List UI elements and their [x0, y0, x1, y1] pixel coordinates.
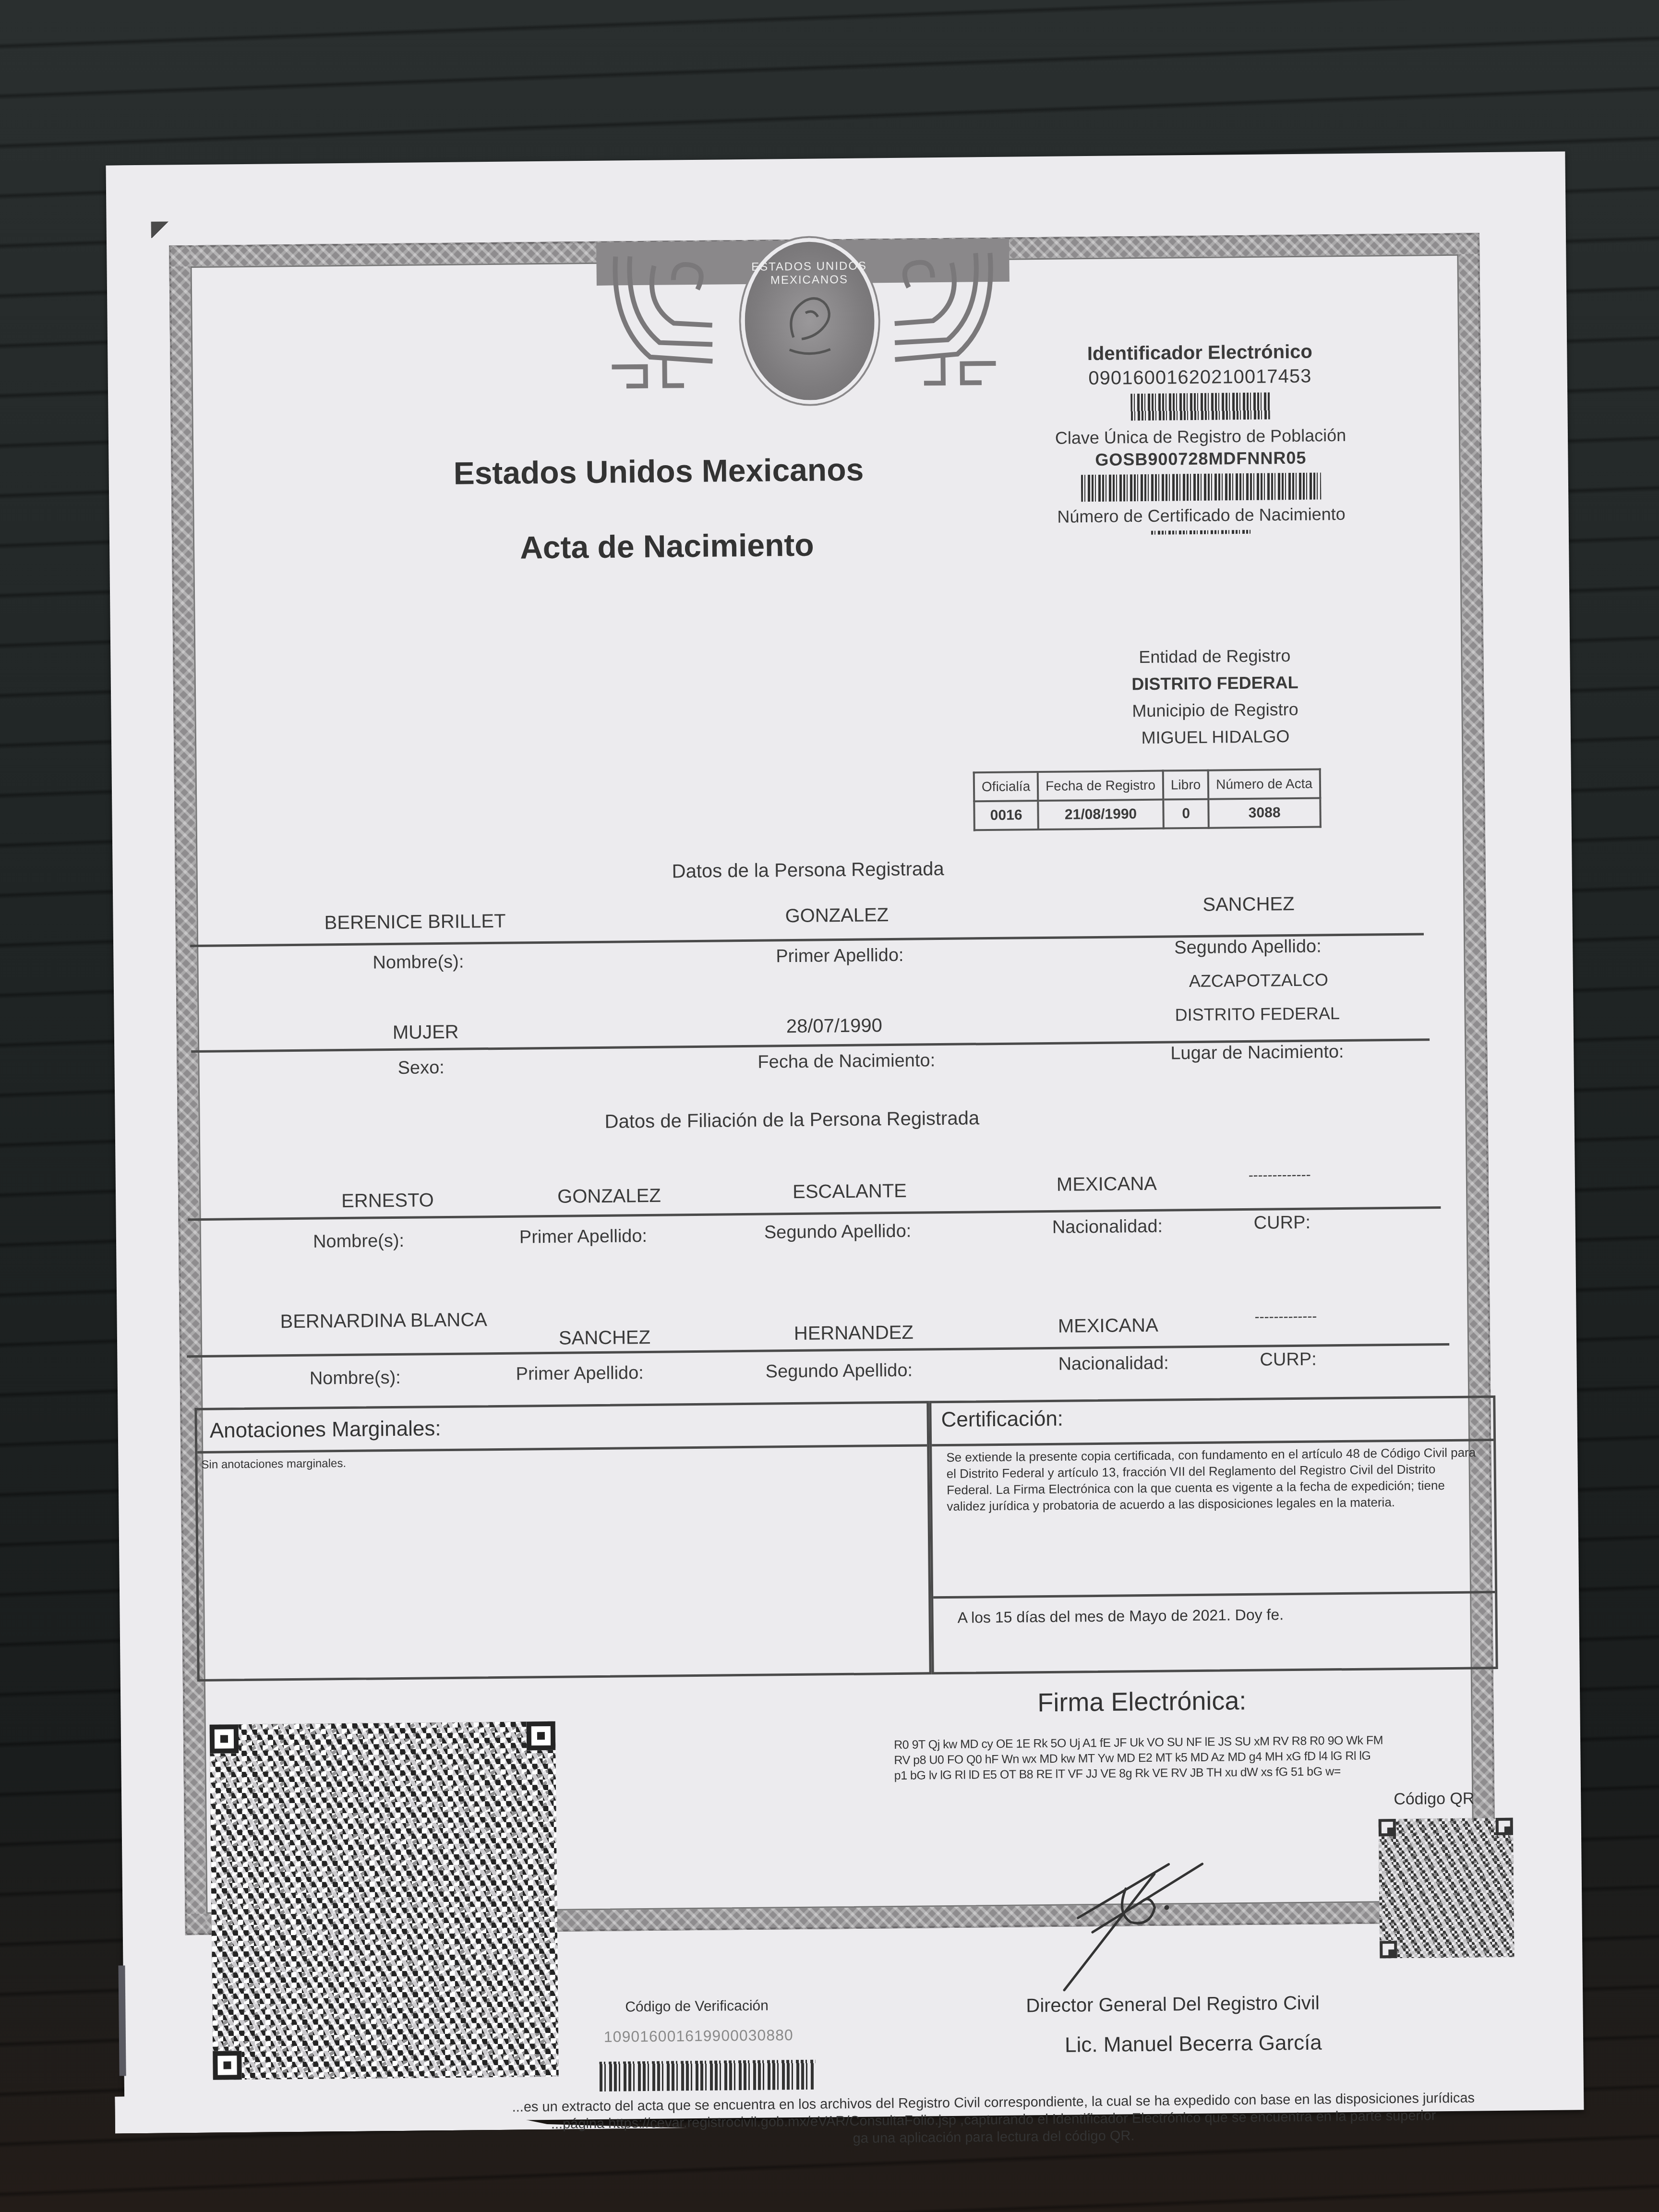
birth-place-label: Lugar de Nacimiento:: [1170, 1042, 1344, 1064]
marginal-notes-box: Anotaciones Marginales: Sin anotaciones …: [194, 1401, 931, 1682]
certification-text: Se extiende la presente copia certificad…: [932, 1441, 1495, 1599]
parent2-nationality: MEXICANA: [1058, 1315, 1158, 1337]
aztec-ornament-icon: [870, 243, 1006, 389]
person-first-surname: GONZALEZ: [785, 904, 889, 927]
qr-finder-icon: [1496, 1818, 1513, 1835]
certification-title: Certificación:: [931, 1398, 1493, 1446]
act-number-value: 3088: [1208, 798, 1320, 828]
handwritten-signature-icon: [1058, 1835, 1261, 1995]
filiation-section-title: Datos de Filiación de la Persona Registr…: [604, 1107, 979, 1132]
electronic-signature-text: R0 9T Qj kw MD cy OE 1E Rk 5O Uj A1 fE J…: [894, 1732, 1432, 1783]
person-birth-date: 28/07/1990: [786, 1015, 883, 1037]
curp-label: Clave Única de Registro de Población: [997, 425, 1405, 449]
country-title: Estados Unidos Mexicanos: [453, 451, 864, 492]
parent1-given-names: ERNESTO: [341, 1190, 434, 1212]
second-surname-label: Segundo Apellido:: [1174, 936, 1322, 958]
birth-cert-number-label: Número de Certificado de Nacimiento: [997, 504, 1405, 528]
given-names-label: Nombre(s):: [373, 952, 464, 974]
oficialia-value: 0016: [974, 801, 1038, 830]
director-name: Lic. Manuel Becerra García: [1065, 2031, 1322, 2057]
electronic-signature-title: Firma Electrónica:: [1037, 1686, 1247, 1718]
parent1-second-surname: ESCALANTE: [793, 1180, 907, 1203]
qr-finder-icon: [1380, 1941, 1397, 1958]
verification-code-value: 109016001619900030880: [604, 2026, 793, 2046]
document-title: Acta de Nacimiento: [520, 527, 814, 566]
verification-code-label: Código de Verificación: [625, 1998, 769, 2016]
curp-value: GOSB900728MDFNNR05: [997, 447, 1405, 471]
table-header: Fecha de Registro: [1038, 771, 1163, 801]
verification-barcode: [599, 2060, 816, 2092]
table-header: Oficialía: [974, 772, 1038, 801]
electronic-id-barcode: [1130, 392, 1270, 421]
parent2-second-surname: HERNANDEZ: [794, 1322, 914, 1345]
marginal-notes-title: Anotaciones Marginales:: [197, 1403, 927, 1454]
person-given-names: BERENICE BRILLET: [324, 911, 505, 934]
birth-place-line2: DISTRITO FEDERAL: [1175, 1003, 1340, 1025]
registry-table: Oficialía Fecha de Registro Libro Número…: [973, 768, 1322, 831]
birth-cert-number-barcode: [1151, 530, 1252, 535]
edge-mark: [118, 1965, 126, 2076]
registration-date-value: 21/08/1990: [1038, 800, 1163, 830]
qr-finder-icon: [527, 1721, 556, 1751]
sex-label: Sexo:: [397, 1058, 445, 1079]
electronic-id-label: Identificador Electrónico: [996, 340, 1404, 366]
qr-label: Código QR: [1394, 1789, 1475, 1809]
corner-mark-icon: [151, 221, 169, 238]
birth-date-label: Fecha de Nacimiento:: [757, 1050, 935, 1073]
birth-certificate-page: ESTADOS UNIDOS MEXICANOS Estados Unidos …: [106, 152, 1584, 2124]
identifiers-block: Identificador Electrónico 09016001620210…: [996, 340, 1406, 541]
certification-box: Certificación: Se extiende la presente c…: [929, 1395, 1498, 1674]
municipality-value: MIGUEL HIDALGO: [1043, 725, 1388, 749]
person-sex: MUJER: [393, 1022, 459, 1044]
curp-label: CURP:: [1260, 1349, 1317, 1370]
registry-block: Entidad de Registro DISTRITO FEDERAL Mun…: [1042, 638, 1388, 749]
table-header: Libro: [1163, 770, 1209, 800]
verification-qr-code: [210, 1721, 559, 2080]
parent1-nationality: MEXICANA: [1057, 1173, 1157, 1196]
entity-label: Entidad de Registro: [1042, 645, 1387, 668]
parent-first-surname-label: Primer Apellido:: [516, 1363, 644, 1385]
table-header: Número de Acta: [1208, 769, 1320, 799]
parent2-given-names: BERNARDINA BLANCA: [280, 1309, 487, 1333]
entity-value: DISTRITO FEDERAL: [1042, 672, 1388, 695]
nationality-label: Nacionalidad:: [1058, 1353, 1169, 1375]
birth-place-line1: AZCAPOTZALCO: [1189, 970, 1328, 991]
parent-given-names-label: Nombre(s):: [313, 1231, 404, 1252]
curp-label: CURP:: [1254, 1213, 1311, 1234]
electronic-id-value: 09016001620210017453: [996, 365, 1404, 390]
qr-finder-icon: [213, 2051, 242, 2080]
qr-finder-icon: [210, 1724, 239, 1754]
national-emblem: ESTADOS UNIDOS MEXICANOS: [596, 234, 1011, 415]
parent2-first-surname: SANCHEZ: [559, 1327, 651, 1349]
curp-barcode: [1081, 472, 1322, 502]
parent-second-surname-label: Segundo Apellido:: [765, 1360, 913, 1382]
parent1-first-surname: GONZALEZ: [557, 1185, 661, 1208]
seal-icon: ESTADOS UNIDOS MEXICANOS: [740, 237, 879, 405]
first-surname-label: Primer Apellido:: [776, 945, 904, 967]
book-value: 0: [1163, 799, 1209, 829]
registered-person-section-title: Datos de la Persona Registrada: [672, 858, 944, 882]
director-title: Director General Del Registro Civil: [1026, 1993, 1320, 2017]
parent1-curp: -------------: [1249, 1167, 1311, 1184]
aztec-ornament-icon: [601, 246, 737, 391]
person-second-surname: SANCHEZ: [1202, 893, 1295, 916]
qr-finder-icon: [1379, 1819, 1396, 1836]
parent2-curp: -------------: [1254, 1309, 1317, 1325]
qr-code: [1379, 1818, 1515, 1959]
parent-first-surname-label: Primer Apellido:: [519, 1226, 648, 1248]
eagle-icon: [769, 280, 851, 362]
parent-second-surname-label: Segundo Apellido:: [764, 1221, 912, 1243]
nationality-label: Nacionalidad:: [1052, 1216, 1163, 1238]
parent-given-names-label: Nombre(s):: [310, 1368, 401, 1389]
municipality-label: Municipio de Registro: [1042, 698, 1388, 722]
certification-date: A los 15 días del mes de Mayo de 2021. D…: [933, 1593, 1495, 1637]
